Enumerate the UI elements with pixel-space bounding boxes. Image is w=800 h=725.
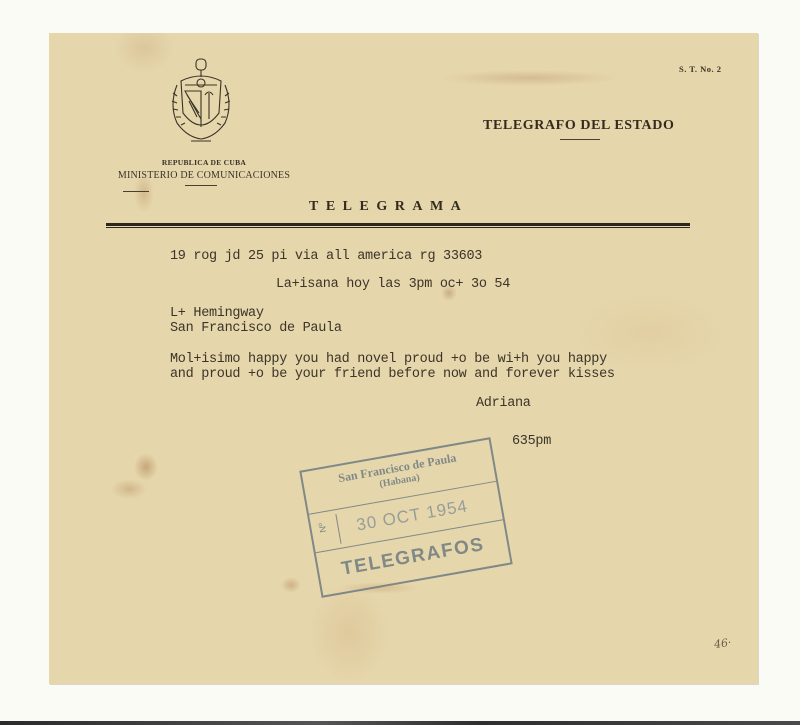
form-number: S. T. No. 2: [679, 64, 722, 74]
stamp-number-label: Nº: [317, 522, 329, 533]
coat-of-arms-icon: [163, 55, 239, 153]
recipient-address: San Francisco de Paula: [170, 321, 342, 336]
received-time: 635pm: [512, 434, 551, 449]
message-line-2: and proud +o be your friend before now a…: [170, 367, 615, 382]
pencil-annotation: 46·: [713, 636, 732, 651]
title-rule: [106, 223, 690, 228]
telegram-header-line: 19 rog jd 25 pi via all america rg 33603: [170, 249, 482, 264]
telegram-origin-line: La+isana hoy las 3pm oc+ 3o 54: [276, 277, 510, 292]
postmark-stamp: San Francisco de Paula (Habana) Nº 30 OC…: [299, 437, 512, 598]
divider: [560, 139, 600, 140]
signature: Adriana: [476, 396, 531, 411]
country-name: REPUBLICA DE CUBA: [109, 158, 299, 167]
document-title: TELEGRAMA: [309, 199, 468, 215]
telegram-form: REPUBLICA DE CUBA MINISTERIO DE COMUNICA…: [49, 33, 758, 684]
stamp-divider: [335, 514, 341, 544]
service-title: TELEGRAFO DEL ESTADO: [483, 118, 674, 134]
divider: [185, 185, 217, 186]
message-line-1: Mol+isimo happy you had novel proud +o b…: [170, 352, 607, 367]
scan-edge: [0, 721, 800, 725]
divider: [123, 191, 149, 192]
recipient-name: L+ Hemingway: [170, 306, 264, 321]
ministry-name: MINISTERIO DE COMUNICACIONES: [99, 170, 309, 181]
